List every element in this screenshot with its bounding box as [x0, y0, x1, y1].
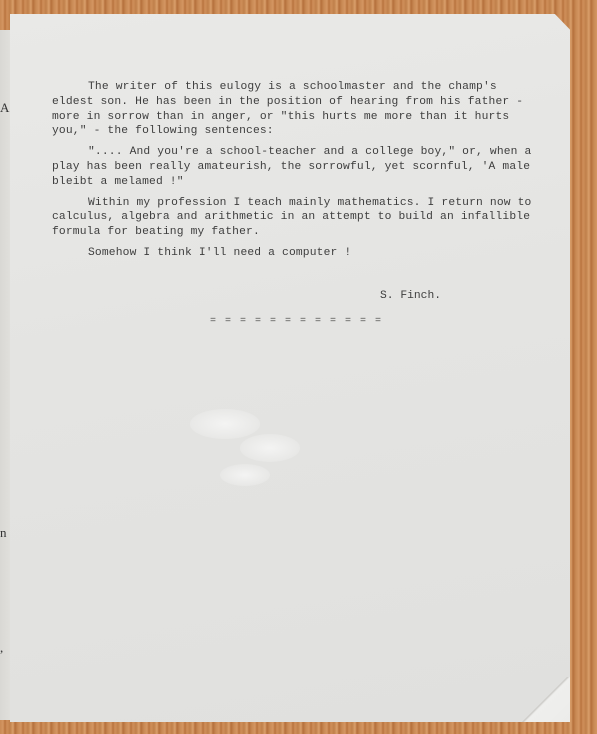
paper-smudge — [220, 464, 270, 486]
separator-line: = = = = = = = = = = = = — [210, 316, 383, 327]
folded-corner — [520, 677, 570, 722]
eulogy-body: The writer of this eulogy is a schoolmas… — [52, 80, 532, 261]
paragraph-quote: ".... And you're a school-teacher and a … — [52, 145, 532, 189]
cutoff-character: n — [0, 525, 7, 541]
cutoff-character: , — [0, 640, 3, 656]
paragraph-profession: Within my profession I teach mainly math… — [52, 196, 532, 240]
paragraph-closing: Somehow I think I'll need a computer ! — [52, 246, 532, 261]
paragraph-intro: The writer of this eulogy is a schoolmas… — [52, 80, 532, 139]
paper-smudge — [190, 409, 260, 439]
signature: S. Finch. — [380, 290, 441, 302]
paper-smudge — [240, 434, 300, 462]
cutoff-character: A — [0, 100, 9, 116]
typewritten-page: The writer of this eulogy is a schoolmas… — [10, 14, 570, 722]
